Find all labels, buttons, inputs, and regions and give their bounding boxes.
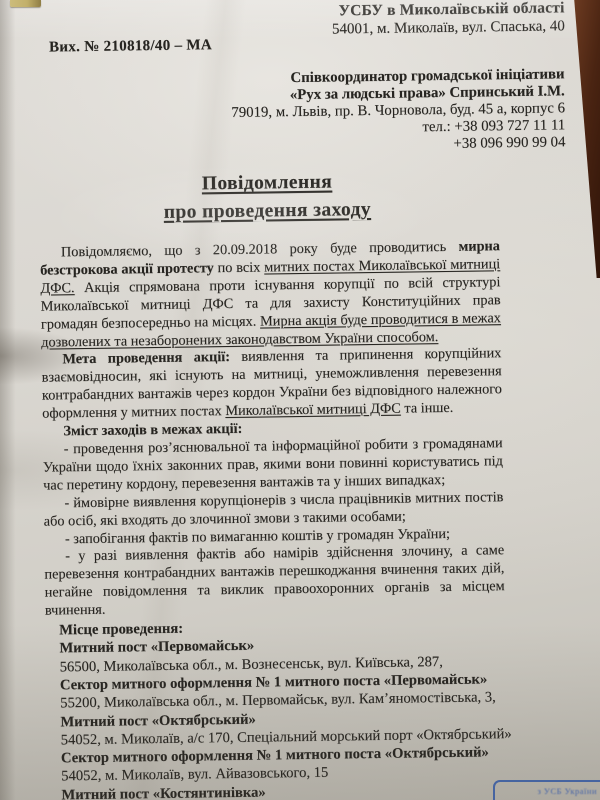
text-segment: по всіх — [214, 259, 265, 276]
paragraph-list-item: - проведення роз’яснювальної та інформац… — [43, 435, 504, 495]
letter-page: УСБУ в Миколаївській області 54001, м. М… — [0, 0, 600, 800]
received-stamp: з УСБ України — [493, 780, 600, 800]
scanned-letter-photo: УСБУ в Миколаївській області 54001, м. М… — [0, 0, 600, 800]
sender-block: Співкоординатор громадської ініціативи «… — [231, 66, 566, 156]
paper-edge-object — [10, 0, 41, 7]
paragraph-list-item: - у разі виявлення фактів або намірів зд… — [44, 543, 505, 621]
text-segment: - проведення роз’яснювальної та інформац… — [43, 435, 503, 493]
venues-list: Місце проведення: Митний пост «Первомайс… — [59, 615, 508, 800]
recipient-org-address: 54001, м. Миколаїв, вул. Спаська, 40 — [332, 17, 565, 38]
text-segment: та інше. — [401, 400, 454, 417]
letter-body: Повідомляємо, що з 20.09.2018 року буде … — [40, 238, 508, 800]
sender-phone: +38 096 990 99 04 — [232, 134, 566, 156]
text-segment: Мета проведення акції: — [62, 349, 230, 367]
text-segment: - у разі виявлення фактів або намірів зд… — [44, 543, 504, 619]
document-title: Повідомлення про проведення заходу — [37, 166, 498, 227]
recipient-org-block: УСБУ в Миколаївській області 54001, м. М… — [332, 0, 565, 39]
text-segment: - ймовірне виявлення корупціонерів з чис… — [44, 489, 504, 529]
text-segment: Миколаївської митниці ДФС — [225, 401, 401, 419]
stamp-text: з УСБ України — [495, 782, 600, 796]
text-segment: Зміст заходів в межах акції: — [63, 421, 242, 439]
title-line-2: про проведення заходу — [37, 194, 497, 228]
paragraph-intro: Повідомляємо, що з 20.09.2018 року буде … — [40, 238, 501, 352]
outgoing-ref-number: Вих. № 210818/40 – МА — [49, 37, 212, 56]
paragraph-goal: Мета проведення акції: виявлення та прип… — [41, 346, 502, 424]
